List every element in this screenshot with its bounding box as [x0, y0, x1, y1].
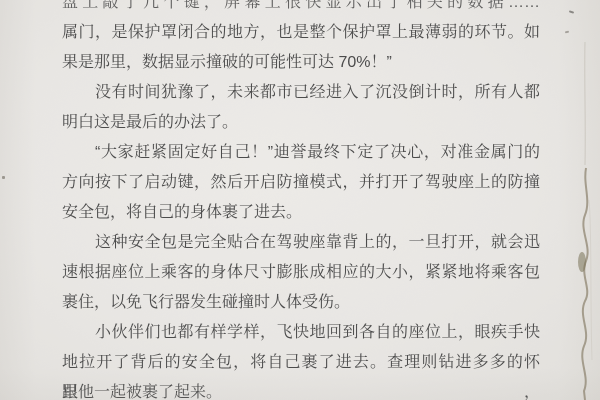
- text-lines: 盘上敲了几个键，屏幕上很快显示出了相关的数据……属门，是保护罩闭合的地方，也是整…: [62, 0, 540, 400]
- page-speck: [565, 31, 569, 34]
- text-line: 没有时间犹豫了，未来都市已经进入了沉没倒计时，所有人都: [62, 78, 540, 108]
- text-line: 方向按下了启动键，然后开启防撞模式，并打开了驾驶座上的防撞: [62, 168, 540, 198]
- text-line: 果是那里，数据显示撞破的可能性可达 70%！”: [62, 48, 540, 78]
- text-line: 明白这是最后的办法了。: [62, 108, 540, 138]
- text-line: “大家赶紧固定好自己！”迪誉最终下定了决心，对准金属门的: [62, 138, 540, 168]
- text-line: 小伙伴们也都有样学样，飞快地回到各自的座位上，眼疾手快: [62, 318, 540, 348]
- page-speck: [2, 176, 5, 179]
- text-line: 裹住，以免飞行器发生碰撞时人体受伤。: [62, 288, 540, 318]
- text-line: 属门，是保护罩闭合的地方，也是整个保护罩上最薄弱的环节。如: [62, 18, 540, 48]
- text-line: 这种安全包是完全贴合在驾驶座靠背上的，一旦打开，就会迅: [62, 228, 540, 258]
- text-line: 速根据座位上乘客的身体尺寸膨胀成相应的大小，紧紧地将乘客包: [62, 258, 540, 288]
- page-speck: [569, 10, 574, 13]
- text-line: 地拉开了背后的安全包，将自己裹了进去。查理则钻进多多的怀里，: [62, 348, 540, 378]
- text-line: 盘上敲了几个键，屏幕上很快显示出了相关的数据……: [62, 0, 540, 18]
- text-line: 安全包，将自己的身体裹了进去。: [62, 198, 540, 228]
- book-page-photo: 盘上敲了几个键，屏幕上很快显示出了相关的数据……属门，是保护罩闭合的地方，也是整…: [0, 0, 600, 400]
